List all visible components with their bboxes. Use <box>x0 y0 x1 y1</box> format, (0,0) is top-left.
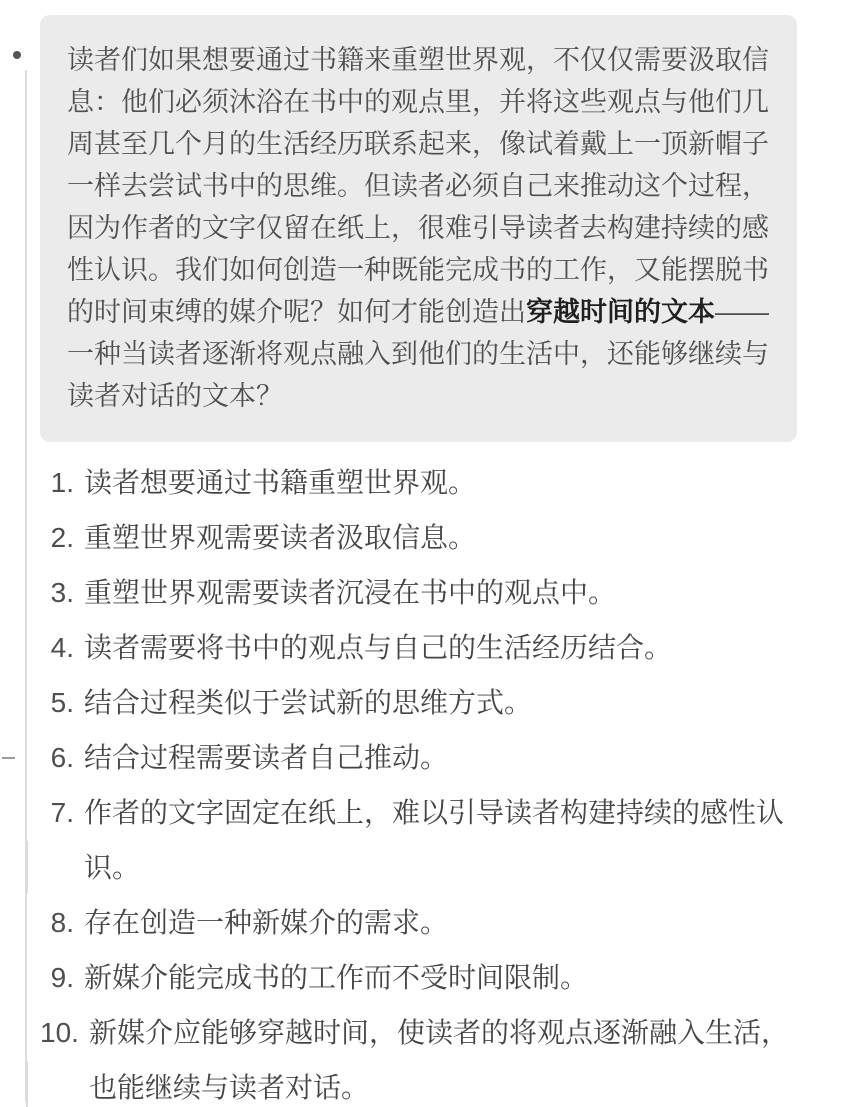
list-item-text: 结合过程需要读者自己推动。 <box>84 730 448 785</box>
list-item-text: 重塑世界观需要读者汲取信息。 <box>84 510 476 565</box>
list-item-number: 2. <box>40 510 74 565</box>
list-item: 8. 存在创造一种新媒介的需求。 <box>0 895 853 950</box>
quote-block: 读者们如果想要通过书籍来重塑世界观，不仅仅需要汲取信息：他们必须沐浴在书中的观点… <box>40 15 797 442</box>
list-item: 1. 读者想要通过书籍重塑世界观。 <box>0 455 853 510</box>
list-item-number: 10. <box>40 1005 79 1060</box>
wrap-indent-guide <box>26 841 28 893</box>
list-item-number: 3. <box>40 565 74 620</box>
list-item: 4. 读者需要将书中的观点与自己的生活经历结合。 <box>0 620 853 675</box>
list-item-number: 8. <box>40 895 74 950</box>
wrap-indent-guide <box>26 1061 28 1107</box>
list-item-number: 6. <box>40 730 74 785</box>
list-item: 2. 重塑世界观需要读者汲取信息。 <box>0 510 853 565</box>
list-item-text: 新媒介能完成书的工作而不受时间限制。 <box>84 950 588 1005</box>
list-item: 9. 新媒介能完成书的工作而不受时间限制。 <box>0 950 853 1005</box>
list-item: 7. 作者的文字固定在纸上，难以引导读者构建持续的感性认识。 <box>0 785 853 895</box>
list-item-number: 9. <box>40 950 74 1005</box>
list-item-text: 结合过程类似于尝试新的思维方式。 <box>84 675 532 730</box>
quote-text-before-bold: 读者们如果想要通过书籍来重塑世界观，不仅仅需要汲取信息：他们必须沐浴在书中的观点… <box>67 45 769 327</box>
list-item: 6. 结合过程需要读者自己推动。 <box>0 730 853 785</box>
list-item-text: 读者需要将书中的观点与自己的生活经历结合。 <box>84 620 672 675</box>
list-item-text: 读者想要通过书籍重塑世界观。 <box>84 455 476 510</box>
list-item-text: 存在创造一种新媒介的需求。 <box>84 895 448 950</box>
quote-text-bold: 穿越时间的文本 <box>526 297 715 327</box>
list-item-text: 重塑世界观需要读者沉浸在书中的观点中。 <box>84 565 616 620</box>
list-item-number: 4. <box>40 620 74 675</box>
outline-bullet-icon[interactable] <box>13 51 21 59</box>
list-item-text: 新媒介应能够穿越时间，使读者的将观点逐渐融入生活，也能继续与读者对话。 <box>89 1005 790 1107</box>
quote-text: 读者们如果想要通过书籍来重塑世界观，不仅仅需要汲取信息：他们必须沐浴在书中的观点… <box>67 39 770 417</box>
list-item: 10. 新媒介应能够穿越时间，使读者的将观点逐渐融入生活，也能继续与读者对话。 <box>0 1005 853 1107</box>
collapse-handle-icon[interactable] <box>2 757 15 759</box>
list-item-text: 作者的文字固定在纸上，难以引导读者构建持续的感性认识。 <box>84 785 785 895</box>
list-item: 3. 重塑世界观需要读者沉浸在书中的观点中。 <box>0 565 853 620</box>
list-item-number: 7. <box>40 785 74 840</box>
list-item: 5. 结合过程类似于尝试新的思维方式。 <box>0 675 853 730</box>
list-item-number: 5. <box>40 675 74 730</box>
list-item-number: 1. <box>40 455 74 510</box>
numbered-list: 1. 读者想要通过书籍重塑世界观。 2. 重塑世界观需要读者汲取信息。 3. 重… <box>0 455 853 1107</box>
